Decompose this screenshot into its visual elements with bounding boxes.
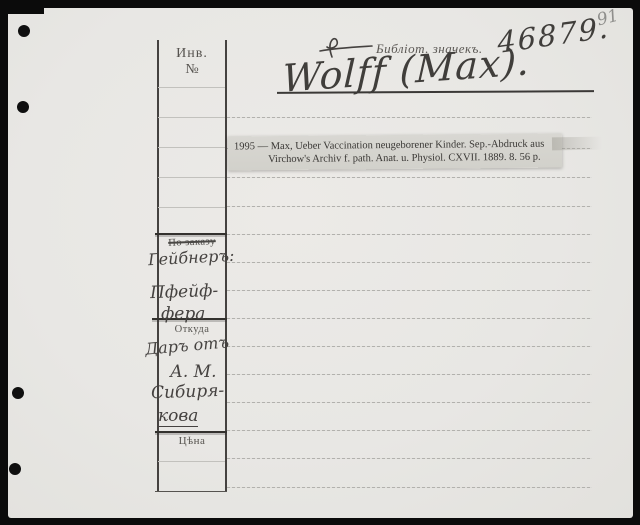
ruled-line — [227, 234, 592, 235]
handwritten-order-name: фера — [161, 304, 205, 324]
column-section-divider — [155, 233, 227, 235]
handwritten-order-name: Пфейф- — [150, 281, 219, 303]
ruled-line — [227, 262, 592, 263]
ruled-line — [227, 458, 592, 459]
ruled-line — [227, 117, 592, 118]
column-right-border — [225, 40, 227, 492]
handwritten-origin: кова — [158, 406, 198, 427]
ruled-line — [227, 374, 592, 375]
inventory-number-label: Инв. — [158, 46, 226, 62]
punch-hole — [17, 101, 29, 113]
clipping-line2: Virchow's Archiv f. path. Anat. u. Physi… — [234, 151, 556, 167]
scan-frame-right — [633, 0, 640, 525]
punch-hole — [12, 387, 24, 399]
ruled-line — [227, 177, 592, 178]
column-rule — [158, 177, 225, 178]
pasted-title-clipping: 1995 — Max, Ueber Vaccination neugeboren… — [228, 134, 562, 171]
handwritten-origin: Сибиря- — [151, 381, 225, 404]
ruled-line — [227, 430, 592, 431]
scan-frame-notch — [0, 0, 44, 14]
ruled-line — [227, 346, 592, 347]
column-rule — [158, 207, 225, 208]
punch-hole — [18, 25, 30, 37]
handwritten-origin: А. М. — [170, 362, 217, 382]
ruled-line — [227, 206, 592, 207]
ruled-line — [227, 318, 592, 319]
inventory-number-sign: № — [158, 62, 226, 78]
column-rule — [158, 461, 225, 462]
price-label: Цѣна — [158, 435, 226, 447]
column-section-divider — [155, 431, 227, 433]
column-rule — [158, 87, 225, 88]
ruled-line — [227, 402, 592, 403]
ruled-line — [227, 487, 592, 488]
clipping-torn-edge — [552, 137, 602, 151]
punch-hole — [9, 463, 21, 475]
column-rule — [158, 147, 225, 148]
scanned-catalog-card: Инв. № По заказу Откуда Цѣна Гейбнеръ: П… — [0, 0, 640, 525]
column-rule — [158, 117, 225, 118]
ruled-line — [227, 290, 592, 291]
column-bottom-rule — [155, 491, 227, 492]
scan-frame-bottom — [0, 518, 640, 525]
